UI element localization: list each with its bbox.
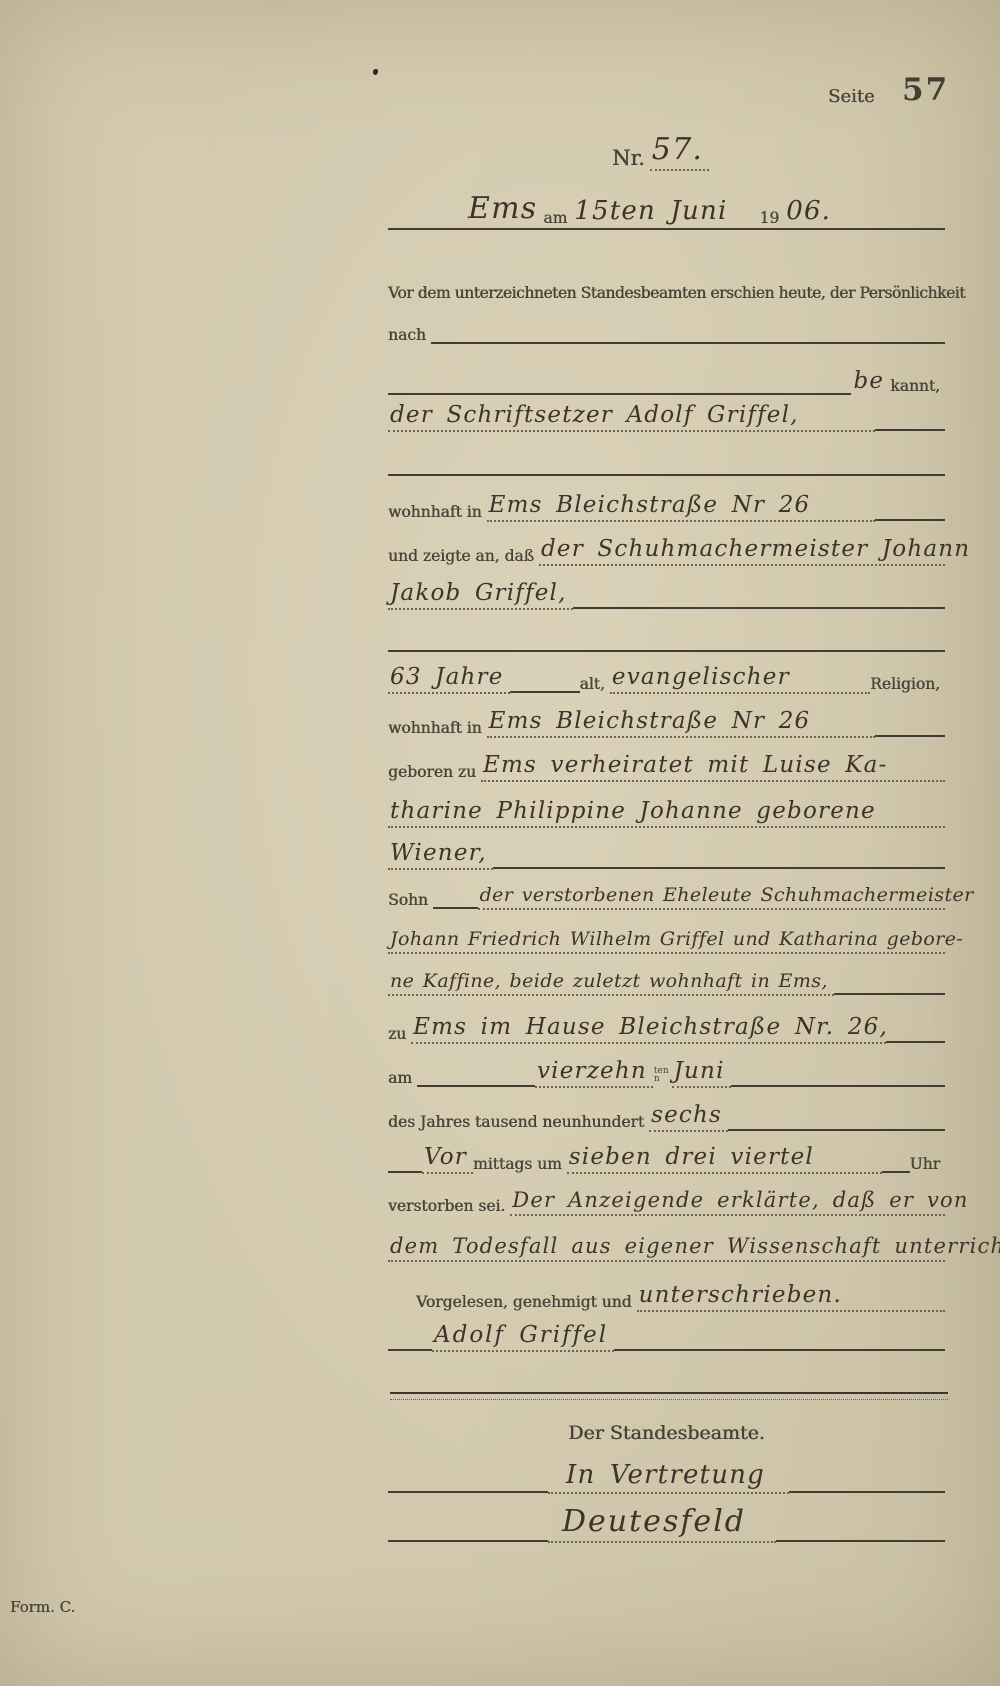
- alt-label: alt,: [580, 675, 610, 694]
- seite-label: Seite: [828, 86, 875, 107]
- intro-line: Vor dem unterzeichneten Standesbeamten e…: [388, 284, 945, 303]
- rule: [728, 1129, 945, 1131]
- vor-handwritten: Vor: [422, 1144, 473, 1174]
- deceased-name-line: Jakob Griffel,: [388, 580, 945, 610]
- registrar-signature-line: Deutesfeld: [388, 1504, 945, 1543]
- declarant-residence-line: wohnhaft in Ems Bleichstraße Nr 26: [388, 492, 945, 522]
- blank-line: [388, 452, 945, 476]
- spouse-name-handwritten: Wiener,: [388, 840, 493, 870]
- ink-speck: [373, 69, 378, 75]
- birthplace-line: geboren zu Ems verheiratet mit Luise Ka-: [388, 752, 945, 782]
- nr-value-handwritten: 57.: [650, 132, 709, 171]
- place-handwritten: Ems: [466, 191, 543, 228]
- death-register-document: Seite 57 Nr. 57. Ems am 15ten Juni 19 06…: [0, 0, 1000, 1686]
- rule: [388, 1349, 432, 1351]
- death-month-handwritten: Juni: [672, 1058, 731, 1088]
- parents-line-3: ne Kaffine, beide zuletzt wohnhaft in Em…: [388, 970, 945, 996]
- record-number-line: Nr. 57.: [612, 132, 709, 171]
- vertretung-handwritten: In Vertretung: [548, 1460, 789, 1494]
- rule: [573, 607, 945, 609]
- report-line: und zeigte an, daß der Schuhmachermeiste…: [388, 536, 945, 566]
- declaration-handwritten-2: dem Todesfall aus eigener Wissenschaft u…: [388, 1234, 945, 1262]
- year-handwritten: sechs: [649, 1102, 728, 1132]
- son-line: Sohn der verstorbenen Eheleute Schuhmach…: [388, 884, 945, 910]
- rule: [776, 1540, 945, 1542]
- spouse-name-line: Wiener,: [388, 840, 945, 870]
- zu-label: zu: [388, 1025, 411, 1044]
- page-number: 57: [902, 72, 949, 108]
- declarant-line: der Schriftsetzer Adolf Griffel,: [388, 402, 945, 432]
- rule: [834, 993, 945, 995]
- registrar-signature: Deutesfeld: [548, 1504, 776, 1543]
- year-printed: 19: [759, 209, 784, 228]
- rule: [789, 1491, 945, 1493]
- spouse-handwritten: tharine Philippine Johanne geborene: [388, 798, 945, 828]
- blank-line: [388, 628, 945, 652]
- deceased-name-handwritten: Jakob Griffel,: [388, 580, 573, 610]
- vorgelesen-line: Vorgelesen, genehmigt und unterschrieben…: [416, 1282, 945, 1312]
- parents-line: Johann Friedrich Wilhelm Griffel und Kat…: [388, 928, 945, 954]
- deceased-statement-line: verstorben sei. Der Anzeigende erklärte,…: [388, 1188, 945, 1216]
- geboren-label: geboren zu: [388, 763, 481, 782]
- deceased-residence-line: wohnhaft in Ems Bleichstraße Nr 26: [388, 708, 945, 738]
- rule: [731, 1085, 945, 1087]
- death-place-line: zu Ems im Hause Bleichstraße Nr. 26,: [388, 1014, 945, 1044]
- vorgelesen-label: Vorgelesen, genehmigt und: [416, 1293, 637, 1312]
- rule: [875, 735, 945, 737]
- death-year-line: des Jahres tausend neunhundert sechs: [388, 1102, 945, 1132]
- death-day-handwritten: vierzehn: [535, 1058, 653, 1088]
- am-label: am: [543, 209, 572, 228]
- declarant-handwritten: der Schriftsetzer Adolf Griffel,: [388, 402, 875, 432]
- declarant-signature-line: Adolf Griffel: [388, 1322, 945, 1352]
- rule: [388, 1171, 422, 1173]
- rule: [417, 1085, 535, 1087]
- blank-rule: [431, 342, 945, 344]
- section-divider-rule: [390, 1392, 948, 1400]
- rule: [875, 519, 945, 521]
- rule: [433, 907, 478, 909]
- zeigte-label: und zeigte an, daß: [388, 547, 539, 566]
- religion-label: Religion,: [870, 675, 945, 694]
- nr-label: Nr.: [612, 146, 650, 171]
- residence-handwritten: Ems Bleichstraße Nr 26: [487, 492, 875, 522]
- blank-rule: [388, 393, 851, 395]
- residence-handwritten: Ems Bleichstraße Nr 26: [487, 708, 875, 738]
- jahr-label: des Jahres tausend neunhundert: [388, 1113, 649, 1132]
- bekannt-handwritten: be: [851, 368, 890, 396]
- wohnhaft-label: wohnhaft in: [388, 503, 487, 522]
- rule: [388, 1491, 548, 1493]
- place-date-line: Ems am 15ten Juni 19 06.: [388, 182, 945, 230]
- sohn-label: Sohn: [388, 891, 433, 910]
- uhr-label: Uhr: [910, 1155, 945, 1174]
- vertretung-line: In Vertretung: [388, 1460, 945, 1494]
- declaration-handwritten-1: Der Anzeigende erklärte, daß er von: [510, 1188, 945, 1216]
- parents-handwritten-2: Johann Friedrich Wilhelm Griffel und Kat…: [388, 928, 945, 954]
- time-handwritten: sieben drei viertel: [567, 1144, 882, 1174]
- age-religion-line: 63 Jahre alt, evangelischer Religion,: [388, 664, 945, 694]
- rule: [614, 1349, 945, 1351]
- declaration-line-2: dem Todesfall aus eigener Wissenschaft u…: [388, 1234, 945, 1262]
- birthplace-handwritten: Ems verheiratet mit Luise Ka-: [481, 752, 945, 782]
- death-day-line: am vierzehn ten n Juni: [388, 1058, 945, 1088]
- age-handwritten: 63 Jahre: [388, 664, 510, 694]
- wohnhaft-label: wohnhaft in: [388, 719, 487, 738]
- bekannt-line: be kannt,: [388, 368, 945, 396]
- rule: [493, 867, 945, 869]
- parents-handwritten-1: der verstorbenen Eheleute Schuhmachermei…: [478, 884, 945, 910]
- standesbeamte-title: Der Standesbeamte.: [388, 1422, 945, 1444]
- date-handwritten: 15ten Juni: [572, 196, 733, 228]
- verstorben-label: verstorben sei.: [388, 1197, 510, 1216]
- rule: [886, 1041, 945, 1043]
- religion-handwritten: evangelischer: [610, 664, 870, 694]
- declarant-signature: Adolf Griffel: [432, 1322, 614, 1352]
- parents-handwritten-3: ne Kaffine, beide zuletzt wohnhaft in Em…: [388, 970, 834, 996]
- form-type-label: Form. C.: [10, 1598, 75, 1616]
- intro-text: Vor dem unterzeichneten Standesbeamten e…: [388, 284, 970, 303]
- nach-label: nach: [388, 326, 431, 345]
- rule: [875, 429, 945, 431]
- spouse-line: tharine Philippine Johanne geborene: [388, 798, 945, 828]
- rule: [510, 691, 580, 693]
- bekannt-printed: kannt,: [890, 377, 945, 396]
- deceased-intro-handwritten: der Schuhmachermeister Johann: [539, 536, 945, 566]
- unterschrieben-handwritten: unterschrieben.: [637, 1282, 945, 1312]
- death-place-handwritten: Ems im Hause Bleichstraße Nr. 26,: [411, 1014, 886, 1044]
- nach-line: nach: [388, 326, 945, 345]
- death-time-line: Vor mittags um sieben drei viertel Uhr: [388, 1144, 945, 1174]
- am-label: am: [388, 1069, 417, 1088]
- year-handwritten: 06.: [784, 196, 837, 228]
- ten-suffix-printed: ten n: [653, 1067, 672, 1088]
- mittags-label: mittags um: [473, 1155, 567, 1174]
- rule: [388, 1540, 548, 1542]
- rule: [882, 1171, 910, 1173]
